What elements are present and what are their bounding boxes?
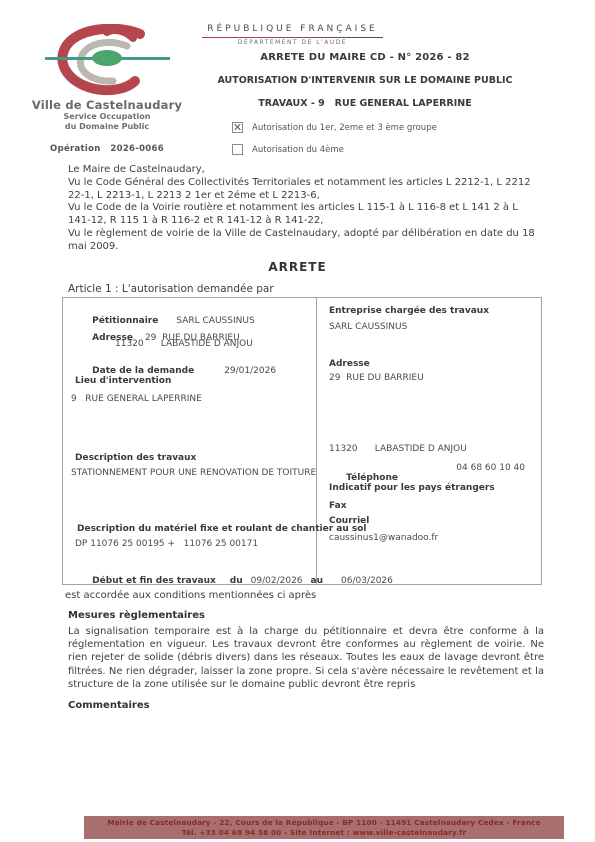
- courriel-value: caussinus1@wanadoo.fr: [329, 533, 438, 543]
- adresse-right-label: Adresse: [329, 359, 370, 369]
- checkbox-label-groupe4: Autorisation du 4ème: [252, 145, 344, 155]
- fin-date-value: 06/03/2026: [341, 576, 393, 586]
- mesures-body: La signalisation temporaire est à la cha…: [68, 625, 544, 691]
- article-1-heading: Article 1 : L'autorisation demandée par: [68, 283, 274, 295]
- operation-number: Opération 2026-0066: [22, 144, 192, 154]
- telephone-label: Téléphone: [346, 473, 398, 483]
- lieu-intervention-label: Lieu d'intervention: [75, 376, 171, 386]
- checkbox-unchecked-icon: [232, 144, 243, 155]
- debut-fin-label: Début et fin des travaux: [92, 576, 216, 586]
- table-column-divider: [316, 298, 317, 584]
- document-page: Ville de Castelnaudary Service Occupatio…: [0, 0, 595, 842]
- checkbox-row-groupe123: ✕ Autorisation du 1er, 2eme et 3 ème gro…: [232, 122, 437, 133]
- lieu-intervention-value: 9 RUE GENERAL LAPERRINE: [71, 394, 202, 404]
- checkbox-checked-icon: ✕: [232, 122, 243, 133]
- description-travaux-value: STATIONNEMENT POUR UNE RENOVATION DE TOI…: [71, 468, 316, 478]
- telephone-value: 04 68 60 10 40: [456, 463, 525, 473]
- adresse-left-value2: 11320 LABASTIDE D ANJOU: [115, 339, 253, 349]
- entreprise-value: SARL CAUSSINUS: [329, 322, 407, 332]
- service-line-2: du Domaine Public: [22, 122, 192, 132]
- adresse-right-value: 29 RUE DU BARRIEU: [329, 373, 424, 383]
- indicatif-label: Indicatif pour les pays étrangers: [329, 483, 495, 493]
- preamble-line-3: Vu le Code de la Voirie routière et nota…: [68, 202, 542, 228]
- fin-prefix: au: [311, 576, 323, 586]
- adresse-right-value2: 11320 LABASTIDE D ANJOU: [329, 444, 467, 454]
- republique-title: RÉPUBLIQUE FRANÇAISE: [200, 24, 385, 34]
- accord-conditions-text: est accordée aux conditions mentionnées …: [65, 590, 316, 601]
- materiel-value: DP 11076 25 00195 + 11076 25 00171: [75, 539, 258, 549]
- fax-label: Fax: [329, 501, 347, 511]
- materiel-label: Description du matériel fixe et roulant …: [77, 524, 367, 534]
- checkbox-row-groupe4: Autorisation du 4ème: [232, 144, 344, 155]
- date-demande-value: 29/01/2026: [224, 366, 276, 376]
- checkbox-x-mark: ✕: [233, 122, 242, 133]
- footer-address-line: Mairie de Castelnaudary - 22, Cours de l…: [84, 818, 564, 828]
- date-demande-label: Date de la demande: [92, 366, 194, 376]
- entreprise-label: Entreprise chargée des travaux: [329, 306, 489, 316]
- service-line-1: Service Occupation: [22, 112, 192, 122]
- debut-prefix: du: [230, 576, 243, 586]
- description-travaux-label: Description des travaux: [75, 453, 196, 463]
- issuer-block: Ville de Castelnaudary Service Occupatio…: [22, 24, 192, 154]
- mesures-heading: Mesures règlementaires: [68, 610, 205, 621]
- title-block: ARRETE DU MAIRE CD - N° 2026 - 82 AUTORI…: [215, 52, 515, 109]
- preamble-line-4: Vu le règlement de voirie de la Ville de…: [68, 228, 542, 254]
- preamble-line-2: Vu le Code Général des Collectivités Ter…: [68, 177, 542, 203]
- travaux-subtitle: TRAVAUX - 9 RUE GENERAL LAPERRINE: [215, 98, 515, 109]
- castelnaudary-logo-icon: [45, 24, 170, 96]
- arrete-number-title: ARRETE DU MAIRE CD - N° 2026 - 82: [215, 52, 515, 63]
- commentaires-heading: Commentaires: [68, 700, 150, 711]
- republique-block: RÉPUBLIQUE FRANÇAISE DÉPARTEMENT DE L'AU…: [200, 24, 385, 46]
- preamble-line-1: Le Maire de Castelnaudary,: [68, 164, 542, 177]
- footer-bar: Mairie de Castelnaudary - 22, Cours de l…: [84, 816, 564, 839]
- preamble: Le Maire de Castelnaudary, Vu le Code Gé…: [68, 164, 542, 254]
- footer-contact-line: Tél. +33 04 68 94 58 00 - Site Internet …: [84, 828, 564, 838]
- checkbox-label-groupe123: Autorisation du 1er, 2eme et 3 ème group…: [252, 123, 437, 133]
- autorisation-subtitle: AUTORISATION D'INTERVENIR SUR LE DOMAINE…: [215, 75, 515, 86]
- courriel-label: Courriel: [329, 516, 369, 526]
- authorization-table: PétitionnaireSARL CAUSSINUS Adresse29 RU…: [62, 297, 542, 585]
- departement-title: DÉPARTEMENT DE L'AUDE: [200, 40, 385, 46]
- org-name: Ville de Castelnaudary: [22, 98, 192, 112]
- debut-date-value: 09/02/2026: [251, 576, 303, 586]
- republique-underline: [202, 37, 383, 38]
- arrete-heading: ARRETE: [0, 260, 595, 274]
